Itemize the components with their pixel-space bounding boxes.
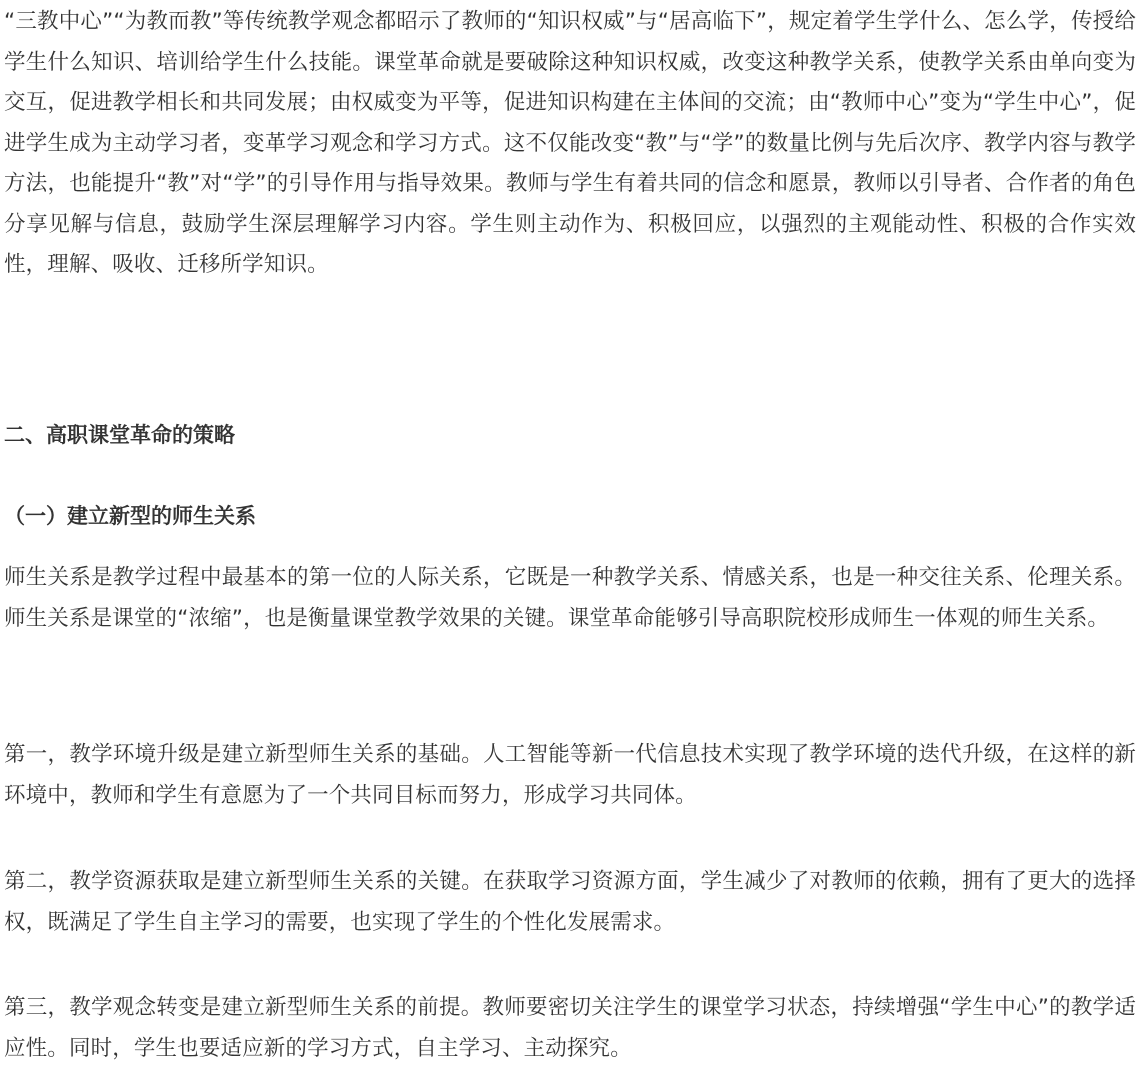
third-point-paragraph: 第三，教学观念转变是建立新型师生关系的前提。教师要密切关注学生的课堂学习状态，持… [4, 988, 1136, 1069]
relationship-paragraph: 师生关系是教学过程中最基本的第一位的人际关系，它既是一种教学关系、情感关系，也是… [4, 558, 1136, 639]
section-heading-strategies: 二、高职课堂革命的策略 [4, 415, 235, 455]
subsection-heading-teacher-student-relationship: （一）建立新型的师生关系 [4, 496, 256, 536]
second-point-paragraph: 第二，教学资源获取是建立新型师生关系的关键。在获取学习资源方面，学生减少了对教师… [4, 862, 1136, 943]
first-point-paragraph: 第一，教学环境升级是建立新型师生关系的基础。人工智能等新一代信息技术实现了教学环… [4, 735, 1136, 816]
intro-paragraph: “三教中心”“为教而教”等传统教学观念都昭示了教师的“知识权威”与“居高临下”，… [4, 2, 1136, 286]
